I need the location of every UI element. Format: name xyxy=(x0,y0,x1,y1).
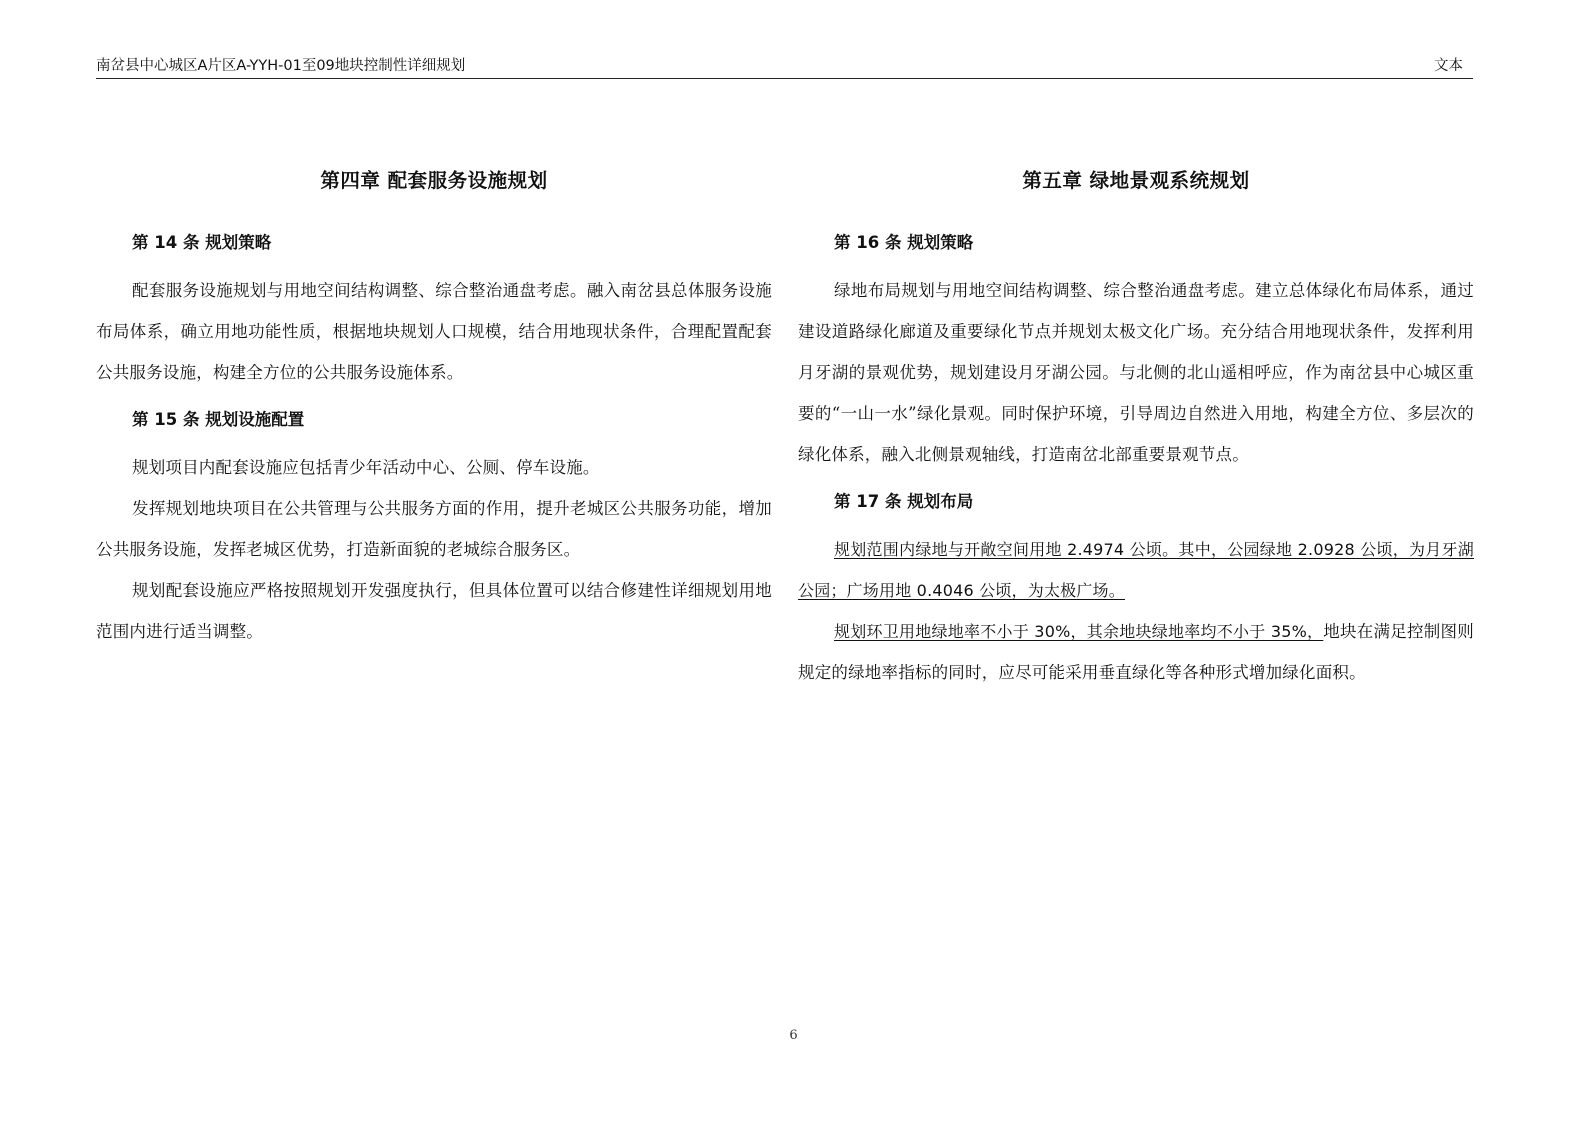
article-15-paragraph-2: 发挥规划地块项目在公共管理与公共服务方面的作用，提升老城区公共服务功能，增加公共… xyxy=(96,488,772,570)
underlined-green-space-figures: 规划范围内绿地与开敞空间用地 2.4974 公顷。其中，公园绿地 2.0928 … xyxy=(798,540,1474,600)
right-column: 第五章 绿地景观系统规划 第 16 条 规划策略 绿地布局规划与用地空间结构调整… xyxy=(798,160,1474,693)
article-14-paragraph: 配套服务设施规划与用地空间结构调整、综合整治通盘考虑。融入南岔县总体服务设施布局… xyxy=(96,270,772,393)
article-17-paragraph-2: 规划环卫用地绿地率不小于 30%，其余地块绿地率均不小于 35%，地块在满足控制… xyxy=(798,611,1474,693)
document-type-label: 文本 xyxy=(1434,54,1463,78)
page-header: 南岔县中心城区A片区A-YYH-01至09地块控制性详细规划 文本 xyxy=(96,54,1473,79)
article-16-paragraph: 绿地布局规划与用地空间结构调整、综合整治通盘考虑。建立总体绿化布局体系，通过建设… xyxy=(798,270,1474,475)
article-15-paragraph-1: 规划项目内配套设施应包括青少年活动中心、公厕、停车设施。 xyxy=(96,447,772,488)
document-title: 南岔县中心城区A片区A-YYH-01至09地块控制性详细规划 xyxy=(96,54,465,78)
page-number: 6 xyxy=(0,1028,1587,1043)
article-17-paragraph-1: 规划范围内绿地与开敞空间用地 2.4974 公顷。其中，公园绿地 2.0928 … xyxy=(798,529,1474,611)
chapter-5-title: 第五章 绿地景观系统规划 xyxy=(798,160,1474,202)
article-15-paragraph-3: 规划配套设施应严格按照规划开发强度执行，但具体位置可以结合修建性详细规划用地范围… xyxy=(96,570,772,652)
left-column: 第四章 配套服务设施规划 第 14 条 规划策略 配套服务设施规划与用地空间结构… xyxy=(96,160,772,652)
chapter-4-title: 第四章 配套服务设施规划 xyxy=(96,160,772,202)
underlined-green-ratio-requirement: 规划环卫用地绿地率不小于 30%，其余地块绿地率均不小于 35%， xyxy=(834,622,1323,641)
